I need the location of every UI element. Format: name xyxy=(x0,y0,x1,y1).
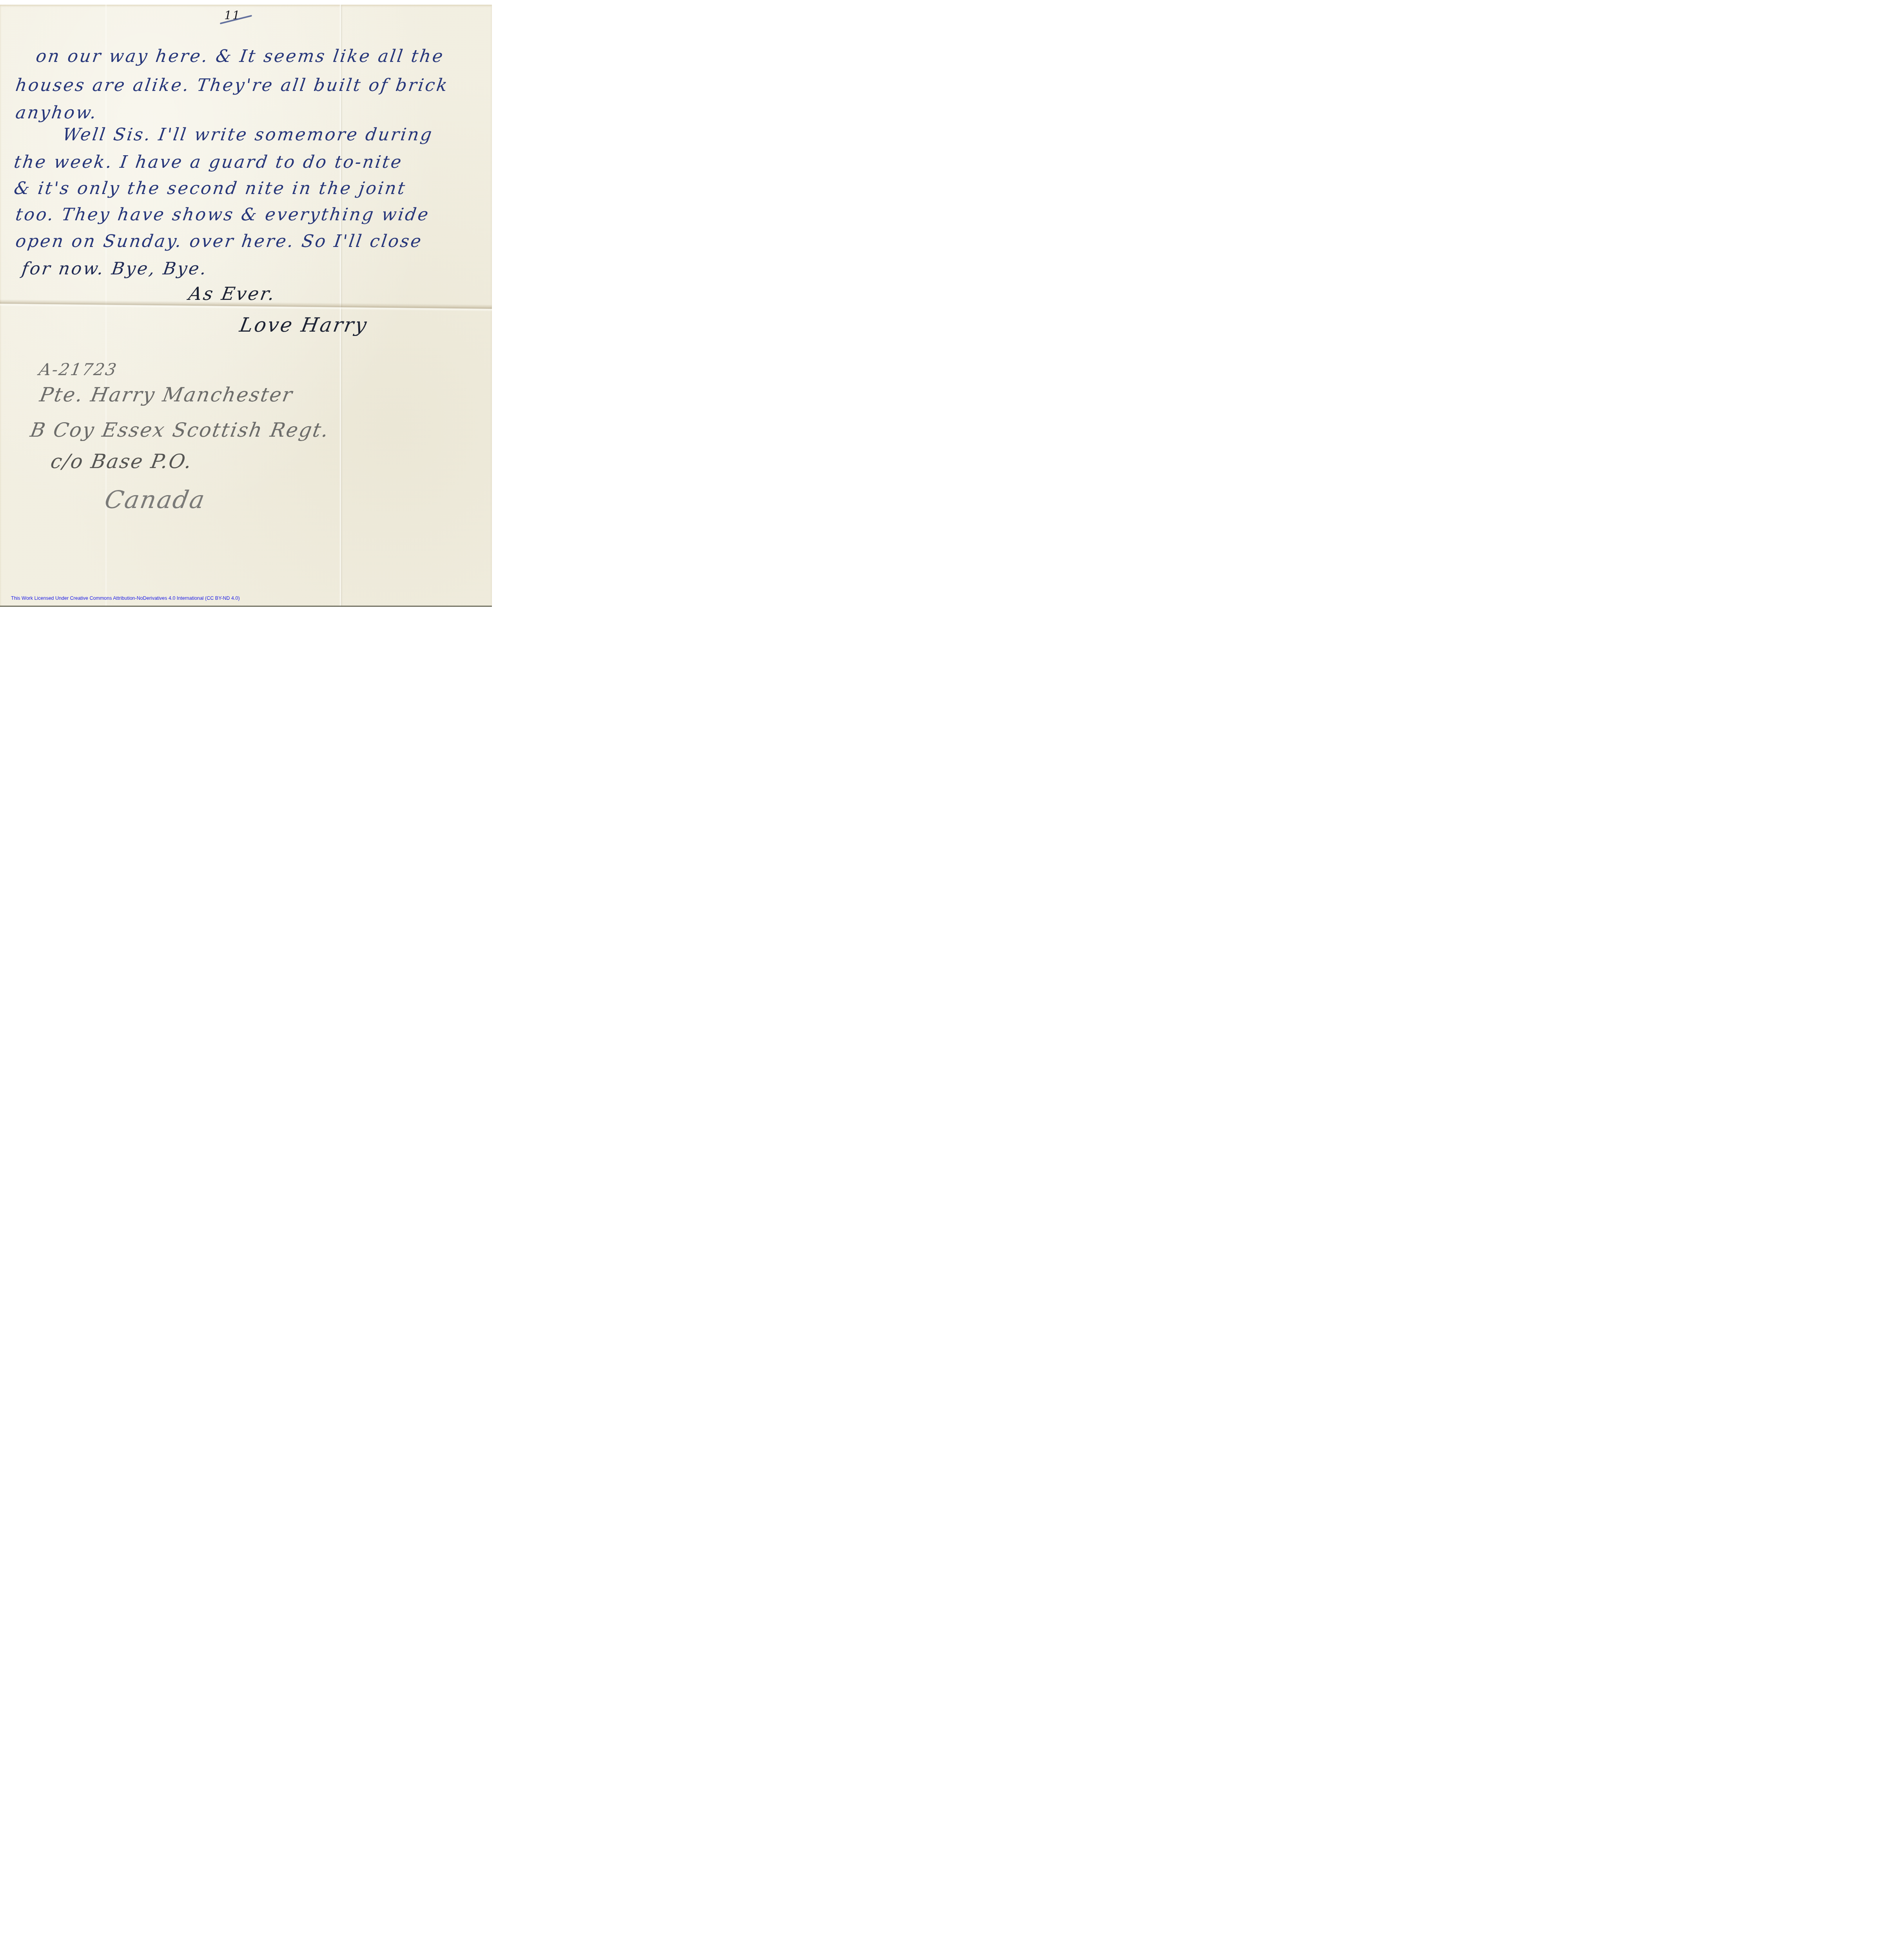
service-number: A-21723 xyxy=(38,360,119,379)
body-line: for now. Bye, Bye. xyxy=(20,259,209,279)
signature: Love Harry xyxy=(238,314,370,336)
body-line: the week. I have a guard to do to-nite xyxy=(13,152,404,172)
address-unit: B Coy Essex Scottish Regt. xyxy=(29,419,331,441)
address-post-office: c/o Base P.O. xyxy=(49,450,194,473)
page-bottom-edge xyxy=(0,606,492,607)
body-line: Well Sis. I'll write somemore during xyxy=(61,125,434,145)
address-country: Canada xyxy=(103,485,208,514)
address-name: Pte. Harry Manchester xyxy=(38,383,295,406)
body-line: houses are alike. They're all built of b… xyxy=(14,75,450,95)
body-line: & it's only the second nite in the joint xyxy=(13,178,408,198)
closing: As Ever. xyxy=(187,283,277,304)
license-notice: This Work Licensed Under Creative Common… xyxy=(11,595,240,601)
body-line: too. They have shows & everything wide xyxy=(14,205,431,225)
body-line: open on Sunday. over here. So I'll close xyxy=(14,231,424,251)
body-line: anyhow. xyxy=(14,103,99,123)
body-line: on our way here. & It seems like all the xyxy=(34,46,445,66)
